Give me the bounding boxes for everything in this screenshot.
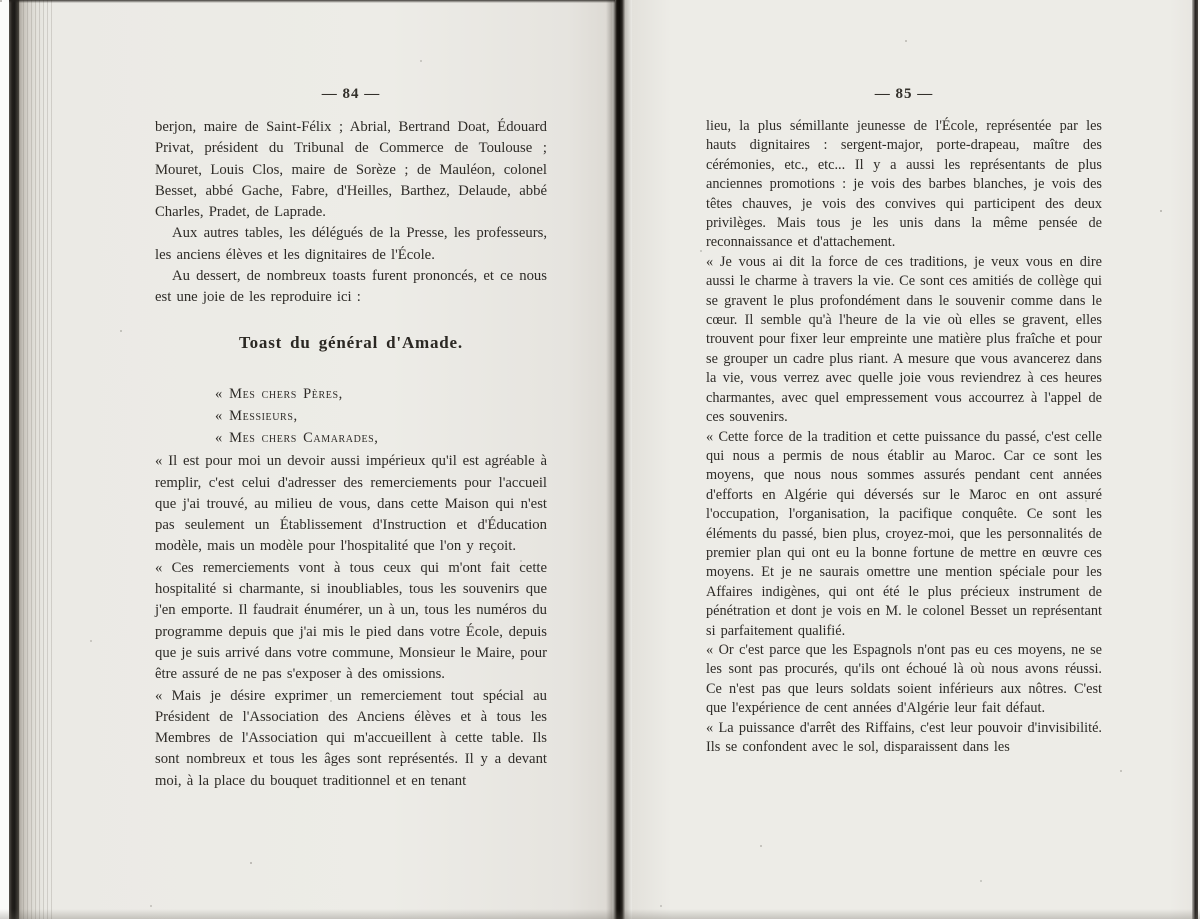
paragraph-guest-list: berjon, maire de Saint-Félix ; Abrial, B… bbox=[155, 117, 547, 223]
speech-paragraph: « Cette force de la tradition et cette p… bbox=[706, 428, 1102, 641]
salutation-line: « Mes chers Pères, bbox=[215, 383, 547, 405]
paragraph-dessert: Au dessert, de nombreux toasts furent pr… bbox=[155, 266, 547, 309]
page-84: — 84 — berjon, maire de Saint-Félix ; Ab… bbox=[155, 86, 547, 792]
book-left-edge bbox=[9, 0, 19, 919]
bottom-edge-shadow bbox=[0, 909, 1200, 919]
page-85: — 85 — lieu, la plus sémillante jeunesse… bbox=[706, 86, 1102, 757]
page-number-85: — 85 — bbox=[706, 86, 1102, 103]
page-number-84: — 84 — bbox=[155, 86, 547, 103]
top-edge-shadow bbox=[9, 0, 615, 3]
scanned-book-spread: — 84 — berjon, maire de Saint-Félix ; Ab… bbox=[0, 0, 1200, 919]
salutation-line: « Messieurs, bbox=[215, 405, 547, 427]
speech-paragraph: « Or c'est parce que les Espagnols n'ont… bbox=[706, 641, 1102, 719]
salutation-line: « Mes chers Camarades, bbox=[215, 427, 547, 449]
scan-left-white-strip bbox=[0, 0, 9, 919]
speech-paragraph: lieu, la plus sémillante jeunesse de l'É… bbox=[706, 117, 1102, 253]
toast-heading: Toast du général d'Amade. bbox=[155, 333, 547, 353]
paragraph-other-tables: Aux autres tables, les délégués de la Pr… bbox=[155, 223, 547, 266]
speech-paragraph: « Mais je désire exprimer un remerciemen… bbox=[155, 686, 547, 792]
speech-paragraph: « Je vous ai dit la force de ces traditi… bbox=[706, 253, 1102, 428]
page-stack-edge-texture bbox=[19, 0, 52, 919]
salutations: « Mes chers Pères, « Messieurs, « Mes ch… bbox=[215, 383, 547, 450]
speech-paragraph: « La puissance d'arrêt des Riffains, c'e… bbox=[706, 719, 1102, 758]
speech-paragraph: « Ces remerciements vont à tous ceux qui… bbox=[155, 558, 547, 686]
book-gutter-shadow bbox=[606, 0, 632, 919]
speech-paragraph: « Il est pour moi un devoir aussi impéri… bbox=[155, 451, 547, 557]
paper-speckles bbox=[0, 0, 2, 2]
